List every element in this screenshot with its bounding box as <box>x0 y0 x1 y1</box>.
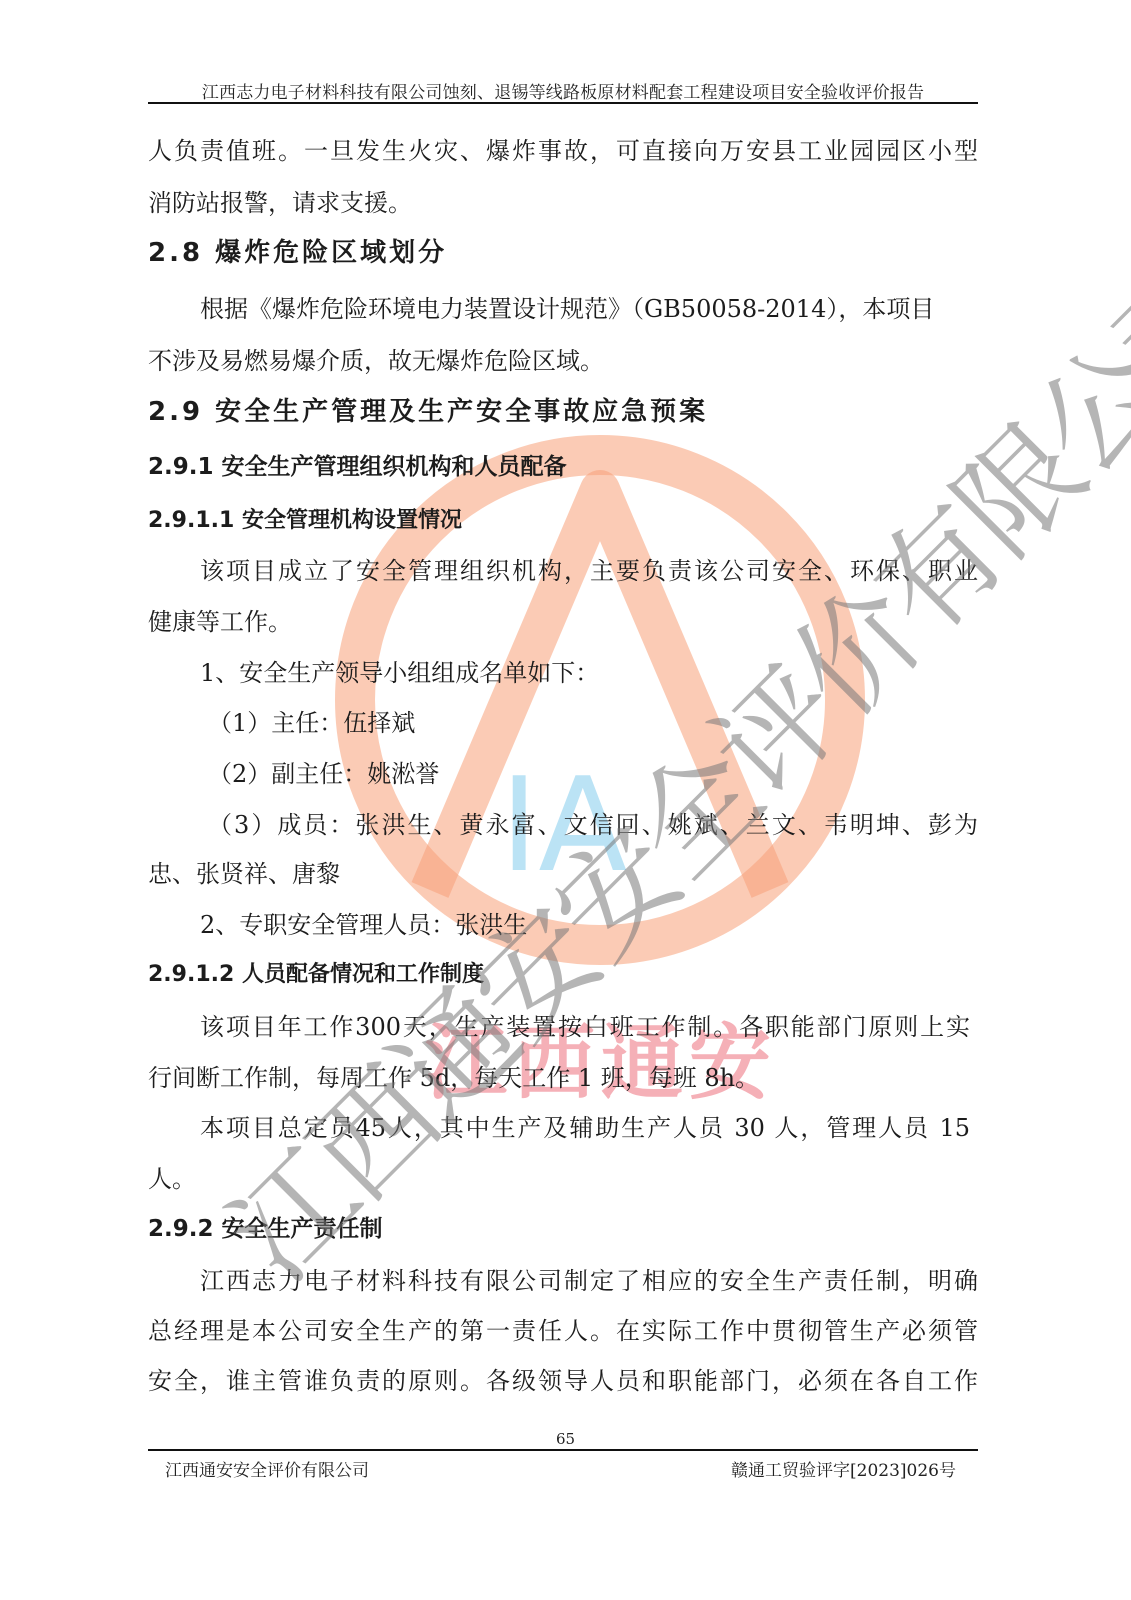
header-rule <box>148 102 978 104</box>
running-header: 江西志力电子材料科技有限公司蚀刻、退锡等线路板原材料配套工程建设项目安全验收评价… <box>148 78 978 103</box>
footer-rule <box>148 1449 978 1451</box>
subsection-heading-2-9-1: 2.9.1 安全生产管理组织机构和人员配备 <box>148 452 978 482</box>
footer-doc-number: 赣通工贸验评字[2023]026号 <box>731 1456 956 1481</box>
body-paragraph-line: 根据《爆炸危险环境电力装置设计规范》（GB50058-2014），本项目 <box>200 294 978 324</box>
section-heading-2-8: 2.8 爆炸危险区域划分 <box>148 238 978 268</box>
body-paragraph-line: 人负责值班。一旦发生火灾、爆炸事故，可直接向万安县工业园园区小型 <box>148 136 978 166</box>
body-paragraph-line: 行间断工作制，每周工作 5d，每天工作 1 班，每班 8h。 <box>148 1063 978 1093</box>
body-paragraph-line: 消防站报警，请求支援。 <box>148 188 978 218</box>
footer-company: 江西通安安全评价有限公司 <box>165 1456 369 1481</box>
document-page: 江西志力电子材料科技有限公司蚀刻、退锡等线路板原材料配套工程建设项目安全验收评价… <box>0 0 1131 1600</box>
body-paragraph-line: 安全，谁主管谁负责的原则。各级领导人员和职能部门，必须在各自工作 <box>148 1366 978 1396</box>
list-item: （1）主任：伍择斌 <box>208 708 1038 738</box>
section-heading-2-9: 2.9 安全生产管理及生产安全事故应急预案 <box>148 397 978 427</box>
page-number: 65 <box>0 1430 1131 1448</box>
body-paragraph-line: 总经理是本公司安全生产的第一责任人。在实际工作中贯彻管生产必须管 <box>148 1316 978 1346</box>
body-paragraph-line: 不涉及易燃易爆介质，故无爆炸危险区域。 <box>148 346 978 376</box>
